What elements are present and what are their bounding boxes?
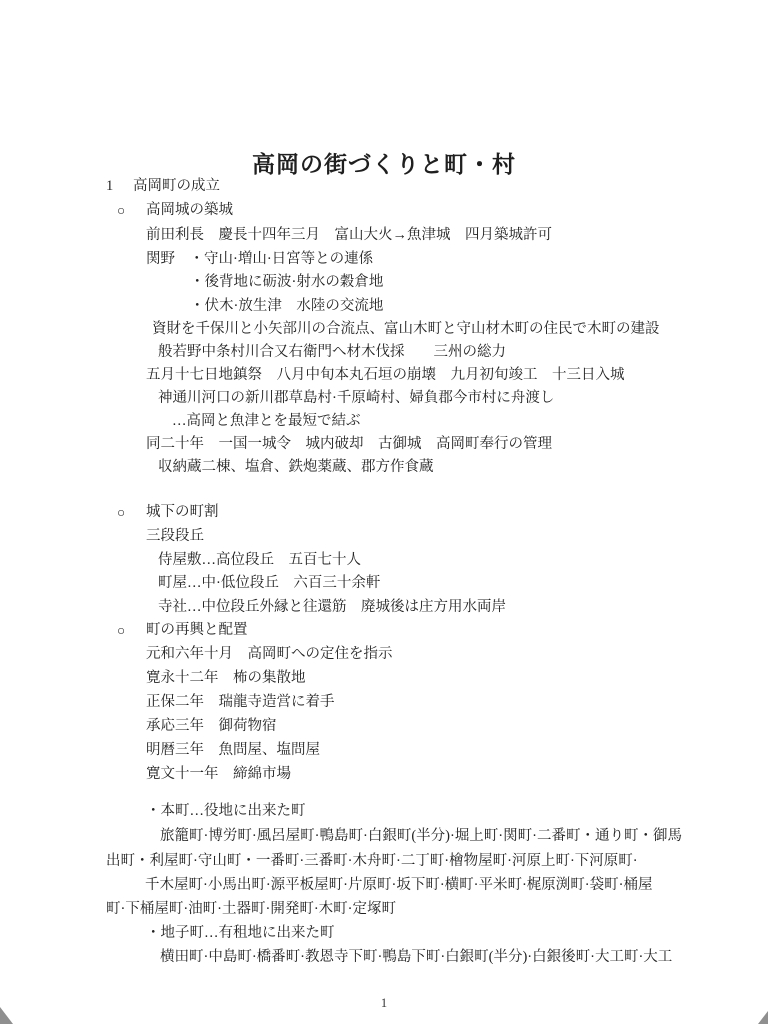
page-title: 高岡の街づくりと町・村 [0, 146, 768, 179]
text-line: 千木屋町·小馬出町·源平板屋町·片原町·坂下町·横町·平米町·梶原渕町·袋町·桶… [145, 876, 652, 895]
text-line: 侍屋敷…高位段丘 五百七十人 [158, 551, 361, 570]
text-line: 町屋…中·低位段丘 六百三十余軒 [158, 574, 380, 593]
text-line: 資財を千保川と小矢部川の合流点、富山木町と守山材木町の住民で木町の建設 [152, 320, 660, 339]
text-line: 出町・利屋町·守山町・一番町·三番町·木舟町·二丁町·檜物屋町·河原上町·下河原… [106, 852, 638, 871]
text-line: 神通川河口の新川郡草島村·千原崎村、婦負郡今市村に舟渡し [158, 389, 554, 408]
text-line: 収納蔵二棟、塩倉、鉄炮薬蔵、郡方作食蔵 [158, 458, 434, 477]
document-page: 高岡の街づくりと町・村 1高岡町の成立○高岡城の築城前田利長 慶長十四年三月 富… [0, 0, 768, 1024]
text-line: 寛永十二年 柨の集散地 [146, 669, 306, 688]
circle-bullet: ○ [117, 503, 125, 522]
text-line: 前田利長 慶長十四年三月 富山大火→魚津城 四月築城許可 [146, 226, 552, 245]
circle-bullet: ○ [117, 621, 125, 640]
text-line: 寛文十一年 締綿市場 [146, 765, 291, 784]
section-number: 1 [106, 177, 113, 196]
text-line: 承応三年 御荷物宿 [146, 717, 277, 736]
text-line: ・後背地に砺波·射水の穀倉地 [190, 273, 383, 292]
text-line: 横田町·中島町·橋番町·教恩寺下町·鴨島下町·白銀町(半分)·白銀後町·大工町·… [160, 948, 672, 967]
text-line: 元和六年十月 高岡町への定住を指示 [146, 645, 393, 664]
section-heading: 高岡町の成立 [133, 177, 220, 196]
text-line: 五月十七日地鎮祭 八月中旬本丸石垣の崩壊 九月初旬竣工 十三日入城 [146, 366, 625, 385]
text-line: 旅籠町·博労町·風呂屋町·鴨島町·白銀町(半分)·堀上町·関町·二番町・通り町・… [160, 827, 682, 846]
text-line: ・伏木·放生津 水陸の交流地 [190, 297, 383, 316]
text-line: 寺社…中位段丘外縁と往還筋 廃城後は庄方用水両岸 [158, 598, 506, 617]
text-line: 明暦三年 魚問屋、塩問屋 [146, 741, 320, 760]
circle-bullet: ○ [117, 201, 125, 220]
text-line: ・地子町…有租地に出来た町 [146, 924, 335, 943]
subsection-heading: 町の再興と配置 [146, 621, 248, 640]
text-line: ・本町…役地に出来た町 [146, 802, 306, 821]
subsection-heading: 城下の町割 [146, 503, 219, 522]
text-line: 同二十年 一国一城令 城内破却 古御城 高岡町奉行の管理 [146, 435, 552, 454]
subsection-heading: 高岡城の築城 [146, 201, 233, 220]
text-line: 三段段丘 [146, 527, 204, 546]
text-line: …高岡と魚津とを最短で結ぶ [172, 412, 361, 431]
text-line: 般若野中条村川合又右衛門へ材木伐採 三州の総力 [158, 343, 506, 362]
text-line: 町·下桶屋町·油町·土器町·開発町·木町·定塚町 [106, 900, 396, 919]
bottom-left-corner-shadow [0, 1007, 13, 1024]
bottom-right-corner-shadow [758, 1011, 768, 1024]
text-line: 関野 ・守山·増山·日宮等との連係 [146, 250, 373, 269]
text-line: 正保二年 瑞龍寺造営に着手 [146, 693, 335, 712]
page-number: 1 [0, 996, 768, 1011]
